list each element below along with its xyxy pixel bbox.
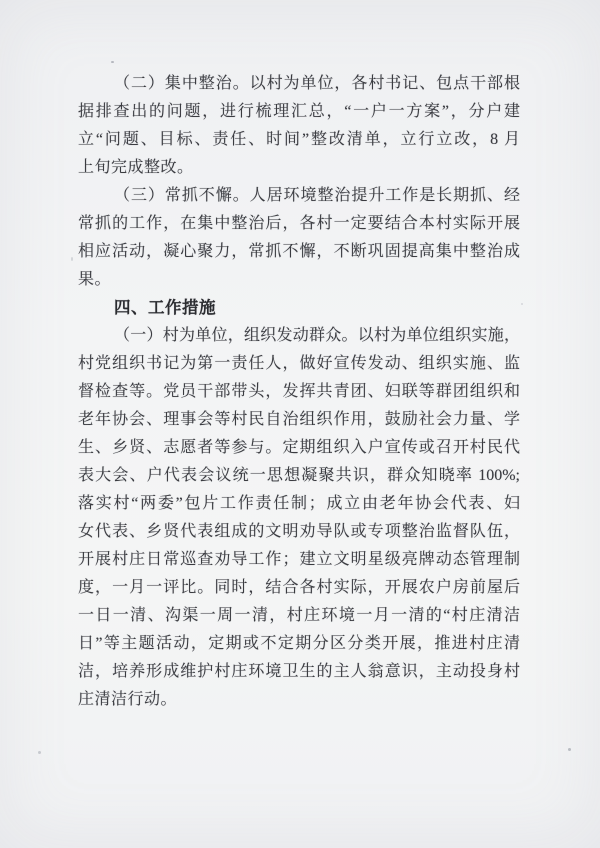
text-line: 度，一月一评比。同时，结合各村实际，开展农户房前屋后	[78, 574, 520, 602]
text-line: 生、乡贤、志愿者等参与。定期组织入户宣传或召开村民代	[78, 434, 520, 462]
text-line: 洁，培养形成维护村庄环境卫生的主人翁意识，主动投身村	[78, 658, 520, 686]
scan-noise-speck	[568, 748, 571, 751]
text-line: 一日一清、沟渠一周一清，村庄环境一月一清的“村庄清洁	[78, 602, 520, 630]
scan-noise-speck	[521, 303, 523, 305]
text-line: 立“问题、目标、责任、时间”整改清单，立行立改，8 月	[78, 126, 520, 154]
text-line: 常抓的工作，在集中整治后，各村一定要结合本村实际开展	[78, 210, 520, 238]
text-line: （一）村为单位，组织发动群众。以村为单位组织实施，	[78, 322, 520, 350]
text-line: 开展村庄日常巡查劝导工作；建立文明星级亮牌动态管理制	[78, 546, 520, 574]
text-line: 果。	[78, 266, 520, 294]
text-line: 督检查等。党员干部带头，发挥共青团、妇联等群团组织和	[78, 378, 520, 406]
scan-noise-speck	[111, 61, 114, 63]
text-line: 表大会、户代表会议统一思想凝聚共识，群众知晓率 100%;	[78, 462, 520, 490]
text-line: （二）集中整治。以村为单位，各村书记、包点干部根	[78, 70, 520, 98]
text-line: 上旬完成整改。	[78, 154, 520, 182]
scanned-document-page: （二）集中整治。以村为单位，各村书记、包点干部根据排查出的问题，进行梳理汇总，“…	[0, 0, 600, 848]
text-line: 庄清洁行动。	[78, 686, 520, 714]
text-line: 女代表、乡贤代表组成的文明劝导队或专项整治监督队伍，	[78, 518, 520, 546]
section-heading: 四、工作措施	[78, 294, 520, 322]
text-line: 落实村“两委”包片工作责任制；成立由老年协会代表、妇	[78, 490, 520, 518]
text-line: （三）常抓不懈。人居环境整治提升工作是长期抓、经	[78, 182, 520, 210]
document-body: （二）集中整治。以村为单位，各村书记、包点干部根据排查出的问题，进行梳理汇总，“…	[78, 70, 520, 714]
scan-noise-speck	[38, 751, 41, 754]
text-line: 村党组织书记为第一责任人，做好宣传发动、组织实施、监	[78, 350, 520, 378]
text-line: 日”等主题活动，定期或不定期分区分类开展，推进村庄清	[78, 630, 520, 658]
text-line: 老年协会、理事会等村民自治组织作用，鼓励社会力量、学	[78, 406, 520, 434]
text-line: 据排查出的问题，进行梳理汇总，“一户一方案”，分户建	[78, 98, 520, 126]
scan-noise-speck	[71, 257, 73, 261]
text-line: 相应活动，凝心聚力，常抓不懈，不断巩固提高集中整治成	[78, 238, 520, 266]
